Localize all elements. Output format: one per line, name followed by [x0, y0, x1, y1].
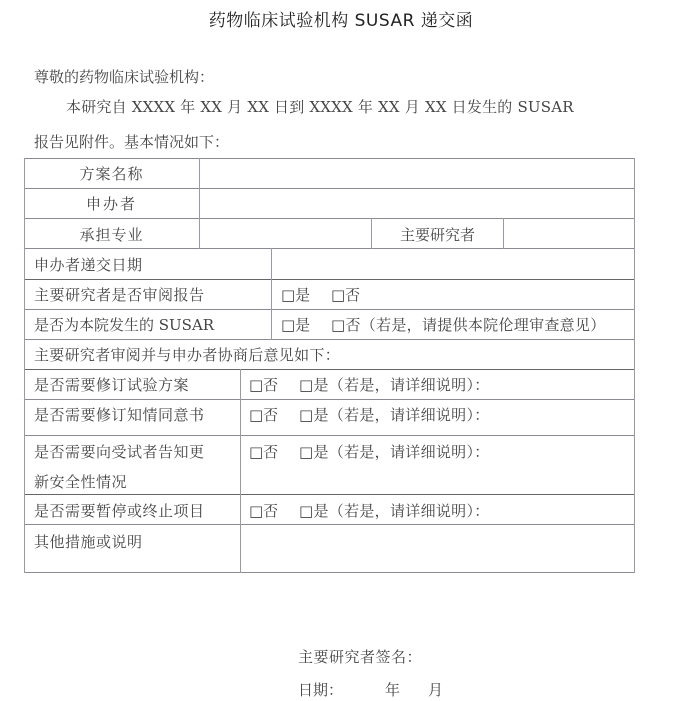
pi-reviewed-yes-checkbox[interactable]: □是 — [281, 286, 310, 304]
row-divider — [24, 279, 635, 280]
inform-subjects-yes-checkbox[interactable]: □是（若是，请详细说明）： — [299, 443, 490, 461]
revise-protocol-no-checkbox[interactable]: □否 — [249, 376, 278, 394]
revise-protocol-label: 是否需要修订试验方案 — [34, 376, 189, 394]
protocol-name-field[interactable] — [200, 159, 634, 188]
local-susar-no-checkbox[interactable]: □否（若是，请提供本院伦理审查意见） — [331, 316, 606, 334]
inform-subjects-label-line1: 是否需要向受试者告知更 — [34, 443, 205, 461]
suspend-project-yes-checkbox[interactable]: □是（若是，请详细说明）： — [299, 502, 490, 520]
row-divider — [24, 339, 635, 340]
other-measures-label: 其他措施或说明 — [34, 533, 143, 551]
inform-subjects-label-line2: 新安全性情况 — [34, 473, 127, 491]
opinion-header: 主要研究者审阅并与申办者协商后意见如下： — [34, 346, 340, 364]
table-border-bottom — [24, 572, 635, 573]
document-title: 药物临床试验机构 SUSAR 递交函 — [0, 6, 682, 31]
date-label: 日期： — [298, 679, 343, 700]
sponsor-field[interactable] — [200, 189, 634, 218]
suspend-project-no-checkbox[interactable]: □否 — [249, 502, 278, 520]
row-divider — [24, 369, 635, 370]
row-divider — [24, 309, 635, 310]
revise-icf-label: 是否需要修订知情同意书 — [34, 406, 205, 424]
specialty-field[interactable] — [200, 219, 371, 248]
inform-subjects-no-checkbox[interactable]: □否 — [249, 443, 278, 461]
table-border-right — [634, 158, 635, 573]
other-measures-field[interactable] — [241, 525, 634, 572]
intro-line-2: 报告见附件。基本情况如下： — [34, 131, 229, 152]
protocol-name-label: 方案名称 — [24, 165, 199, 183]
year-label: 年 — [385, 679, 400, 700]
salutation: 尊敬的药物临床试验机构： — [34, 66, 214, 87]
principal-investigator-label: 主要研究者 — [372, 226, 503, 244]
pi-signature-label: 主要研究者签名： — [298, 646, 422, 667]
intro-line-1: 本研究自 XXXX 年 XX 月 XX 日到 XXXX 年 XX 月 XX 日发… — [66, 96, 574, 117]
local-susar-yes-checkbox[interactable]: □是 — [281, 316, 310, 334]
row-divider — [24, 494, 635, 495]
local-susar-label: 是否为本院发生的 SUSAR — [34, 316, 214, 334]
submit-date-label: 申办者递交日期 — [34, 256, 143, 274]
table-border-left — [24, 158, 25, 573]
specialty-label: 承担专业 — [24, 226, 199, 244]
pi-reviewed-no-checkbox[interactable]: □否 — [331, 286, 360, 304]
suspend-project-label: 是否需要暂停或终止项目 — [34, 502, 205, 520]
sponsor-label: 申办者 — [24, 195, 199, 213]
row-divider — [24, 435, 635, 436]
principal-investigator-field[interactable] — [504, 219, 634, 248]
month-label: 月 — [428, 679, 443, 700]
revise-protocol-yes-checkbox[interactable]: □是（若是，请详细说明）： — [299, 376, 490, 394]
revise-icf-yes-checkbox[interactable]: □是（若是，请详细说明）： — [299, 406, 490, 424]
revise-icf-no-checkbox[interactable]: □否 — [249, 406, 278, 424]
row-divider — [24, 399, 635, 400]
pi-reviewed-label: 主要研究者是否审阅报告 — [34, 286, 205, 304]
submit-date-field[interactable] — [272, 249, 634, 279]
